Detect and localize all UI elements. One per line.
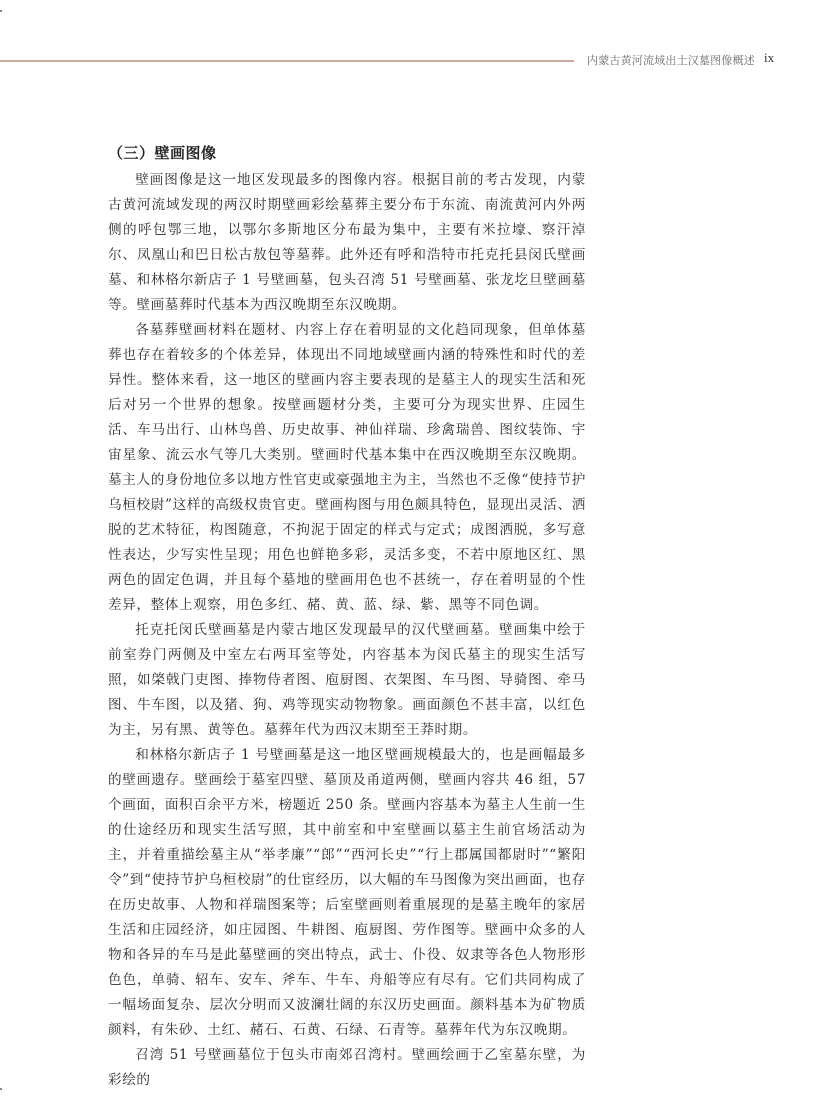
header-rule bbox=[0, 60, 574, 62]
paragraph: 召湾 51 号壁画墓位于包头市南郊召湾村。壁画绘画于乙室墓东壁，为彩绘的 bbox=[108, 1043, 586, 1093]
paragraph: 和林格尔新店子 1 号壁画墓是这一地区壁画规模最大的，也是画幅最多的壁画遗存。壁… bbox=[108, 743, 586, 1043]
crop-mark-bottom-left bbox=[0, 1088, 2, 1090]
section-heading: （三）壁画图像 bbox=[108, 140, 586, 166]
page-number: ix bbox=[764, 50, 774, 66]
paragraph: 托克托闵氏壁画墓是内蒙古地区发现最早的汉代壁画墓。壁画集中绘于前室券门两侧及中室… bbox=[108, 618, 586, 743]
running-head: 内蒙古黄河流域出土汉墓图像概述 bbox=[587, 52, 755, 68]
paragraph: 壁画图像是这一地区发现最多的图像内容。根据目前的考古发现，内蒙古黄河流域发现的两… bbox=[108, 168, 586, 318]
crop-mark-top-left bbox=[0, 10, 2, 12]
paragraph: 各墓葬壁画材料在题材、内容上存在着明显的文化趋同现象，但单体墓葬也存在着较多的个… bbox=[108, 318, 586, 618]
body-text: （三）壁画图像 壁画图像是这一地区发现最多的图像内容。根据目前的考古发现，内蒙古… bbox=[108, 140, 586, 1093]
